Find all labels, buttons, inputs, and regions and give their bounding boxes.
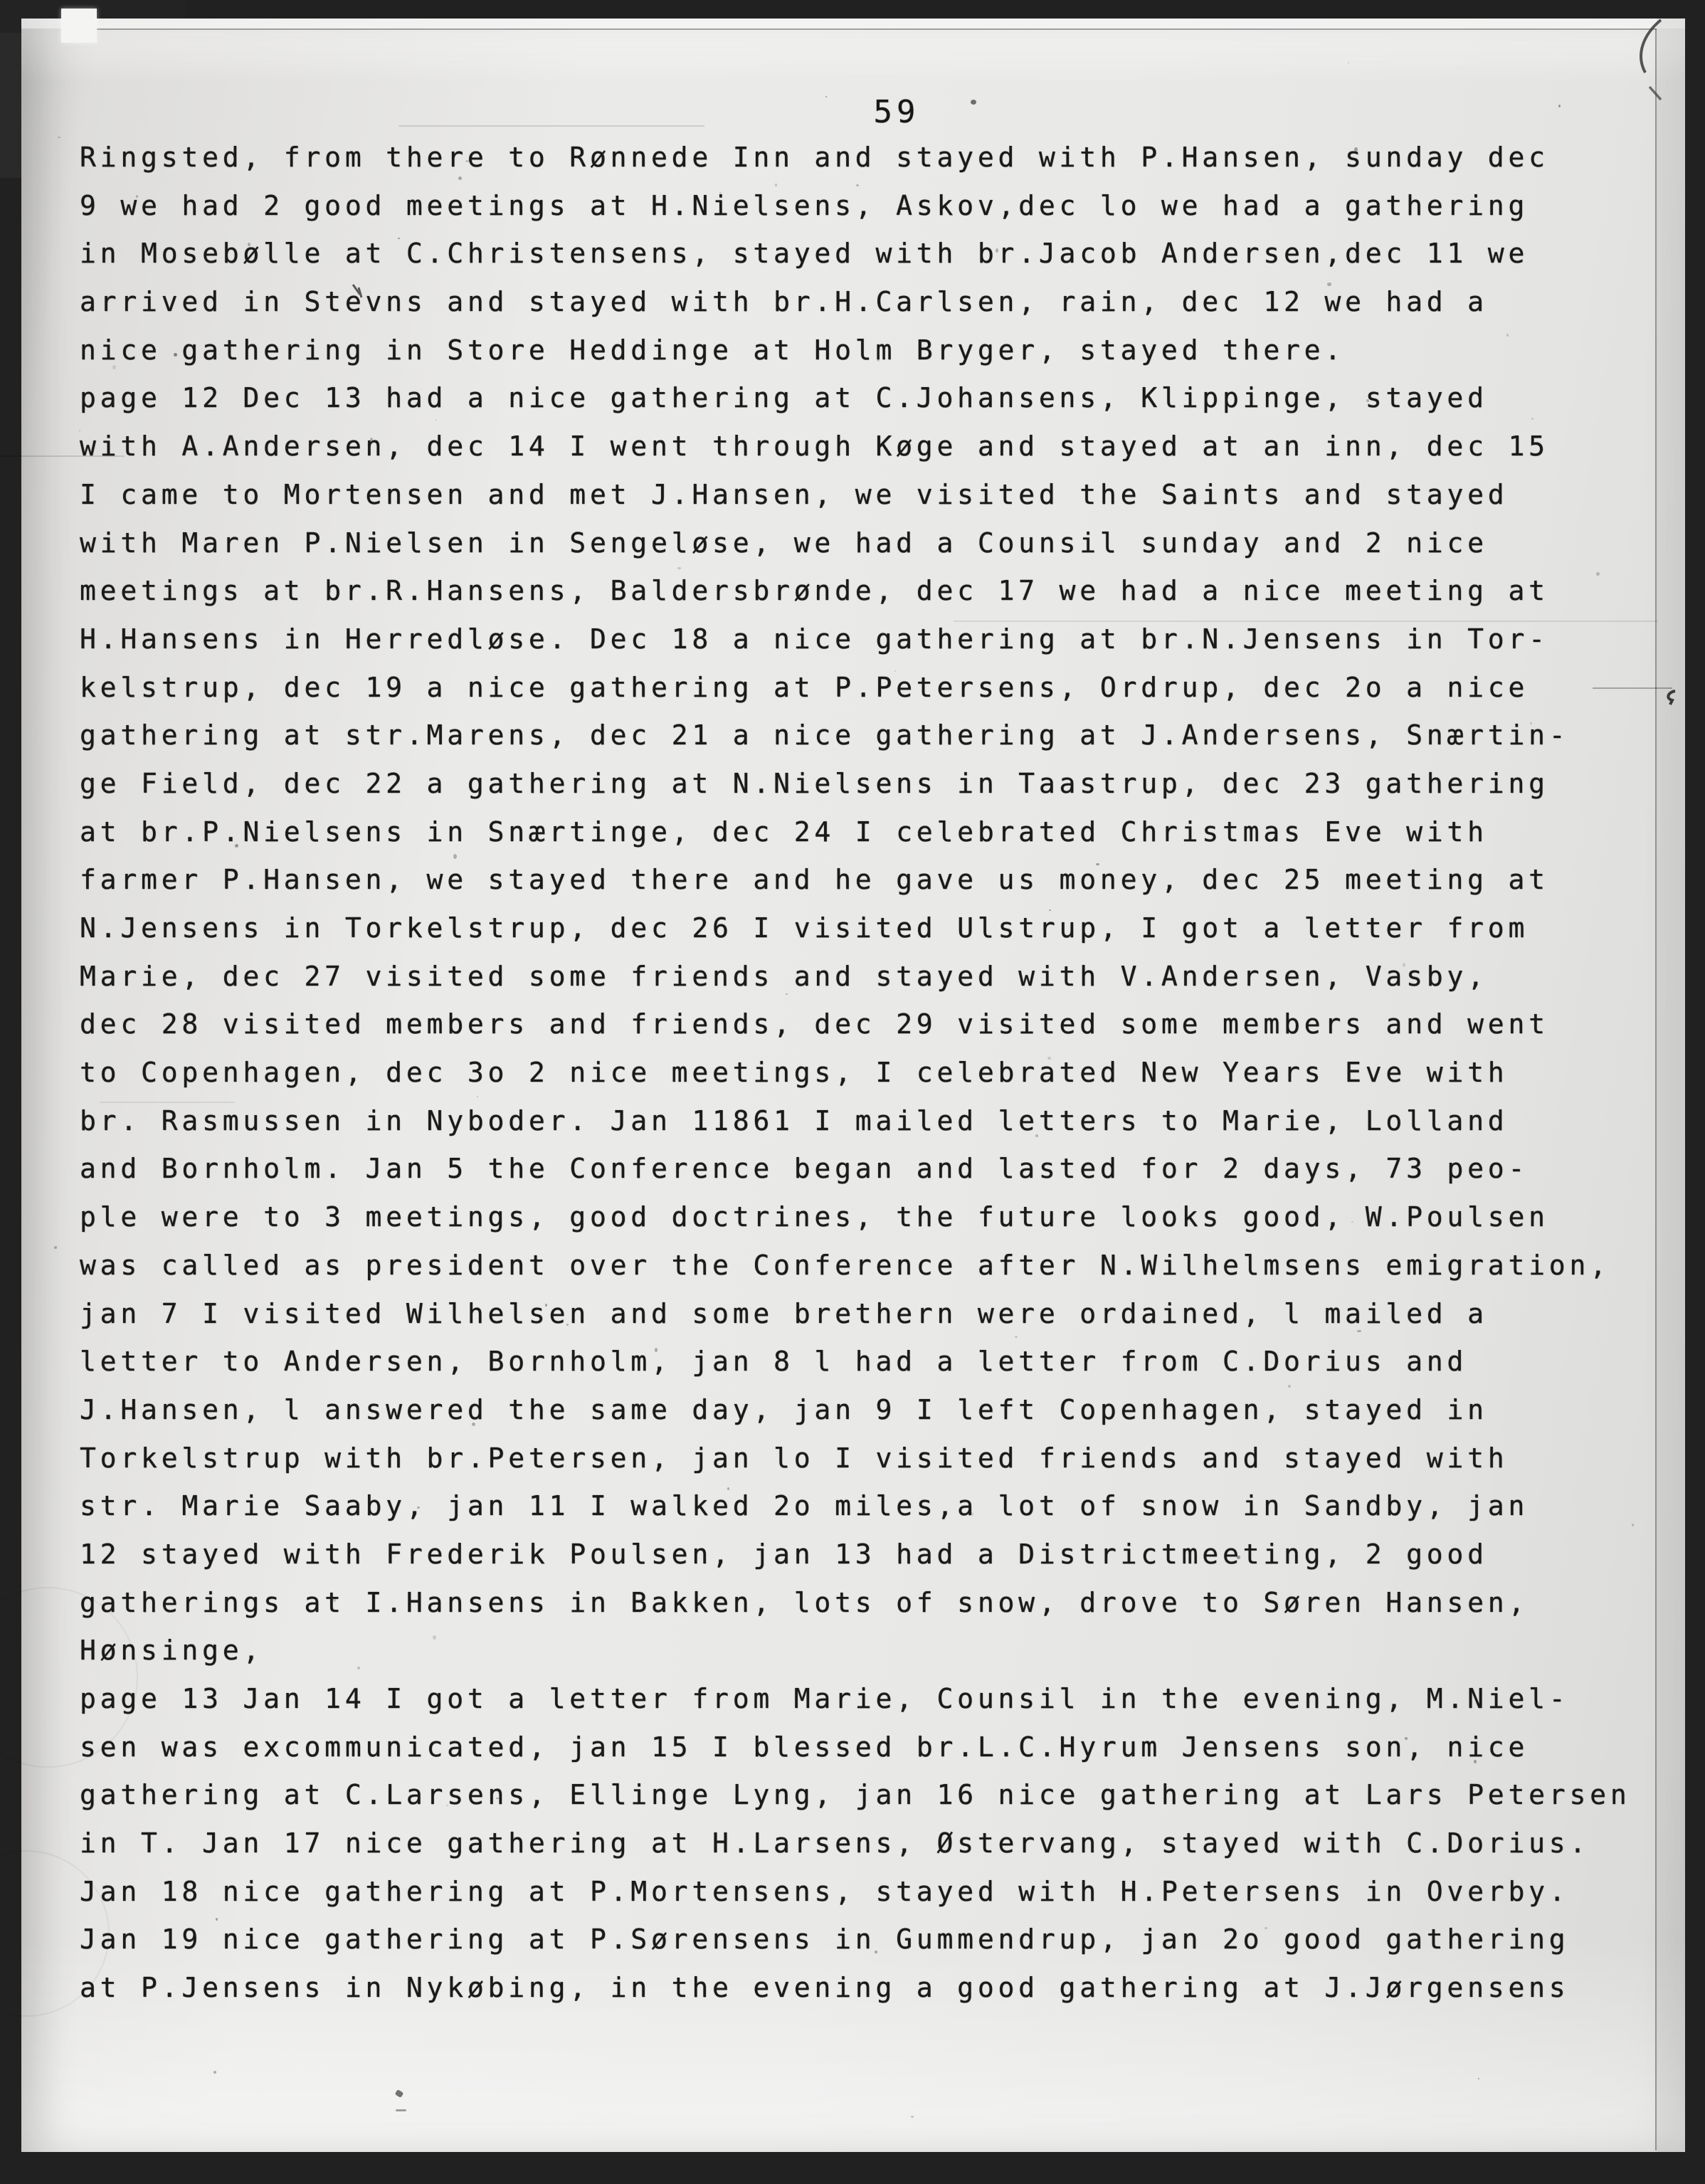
scan-photo: 59 Ringsted, from there to Rønnede Inn a…	[0, 0, 1705, 2184]
ink-speck	[877, 359, 880, 362]
text-line: ge Field, dec 22 a gathering at N.Nielse…	[80, 760, 1674, 808]
ink-speck	[446, 1805, 448, 1806]
film-notch	[61, 9, 97, 43]
ink-speck	[1354, 147, 1358, 152]
ink-speck	[1405, 1737, 1408, 1739]
text-line: Jan 19 nice gathering at P.Sørensens in …	[80, 1916, 1674, 1964]
ink-speck	[1288, 1385, 1291, 1388]
scratch-hook-mark	[1630, 19, 1674, 125]
ink-blot-mark	[1664, 689, 1679, 707]
ink-speck	[1265, 1927, 1268, 1929]
text-line: str. Marie Saaby, jan 11 I walked 2o mil…	[80, 1482, 1674, 1531]
text-line: Jan 18 nice gathering at P.Mortensens, s…	[80, 1868, 1674, 1916]
ink-speck	[370, 438, 373, 441]
ink-speck	[492, 918, 493, 920]
ink-speck	[58, 137, 60, 138]
typed-correction-mark	[350, 282, 367, 302]
ink-speck	[856, 184, 859, 186]
text-line: I came to Mortensen and met J.Hansen, we…	[80, 471, 1674, 519]
ink-speck	[1474, 1760, 1477, 1763]
crease-line	[100, 1102, 235, 1103]
text-line: sen was excommunicated, jan 15 I blessed…	[80, 1724, 1674, 1772]
ink-speck	[1327, 283, 1331, 286]
text-line: and Bornholm. Jan 5 the Conference began…	[80, 1145, 1674, 1193]
ink-speck	[465, 160, 469, 163]
text-line: kelstrup, dec 19 a nice gathering at P.P…	[80, 664, 1674, 712]
crease-line	[0, 455, 125, 457]
ink-speck	[1237, 1556, 1240, 1560]
ink-speck	[357, 1667, 360, 1669]
body-text: Ringsted, from there to Rønnede Inn and …	[80, 134, 1674, 2012]
text-line: Marie, dec 27 visited some friends and s…	[80, 953, 1674, 1001]
text-line: page 13 Jan 14 I got a letter from Marie…	[80, 1675, 1674, 1724]
text-line: br. Rasmussen in Nyboder. Jan 11861 I ma…	[80, 1097, 1674, 1146]
text-line: 12 stayed with Frederik Poulsen, jan 13 …	[80, 1531, 1674, 1579]
ink-speck	[1403, 963, 1405, 967]
ink-speck	[971, 100, 976, 105]
text-line: dec 28 visited members and friends, dec …	[80, 1001, 1674, 1049]
text-line: farmer P.Hansen, we stayed there and he …	[80, 856, 1674, 904]
ink-speck	[1596, 572, 1599, 576]
text-line: Torkelstrup with br.Petersen, jan lo I v…	[80, 1435, 1674, 1483]
text-line: H.Hansens in Herredløse. Dec 18 a nice g…	[80, 616, 1674, 664]
ink-speck	[1047, 1057, 1051, 1060]
text-line: at P.Jensens in Nykøbing, in the evening…	[80, 1964, 1674, 2012]
text-line: in T. Jan 17 nice gathering at H.Larsens…	[80, 1820, 1674, 1868]
text-line: gathering at str.Marens, dec 21 a nice g…	[80, 712, 1674, 760]
text-line: arrived in Stevns and stayed with br.H.C…	[80, 278, 1674, 327]
text-line: Ringsted, from there to Rønnede Inn and …	[80, 134, 1674, 182]
ink-speck	[235, 844, 238, 848]
text-line: nice gathering in Store Heddinge at Holm…	[80, 327, 1674, 375]
ink-speck	[971, 1512, 973, 1515]
ink-speck	[174, 353, 177, 357]
text-line: page 12 Dec 13 had a nice gathering at C…	[80, 374, 1674, 423]
ink-speck	[1351, 1221, 1353, 1223]
ink-speck	[458, 176, 462, 180]
text-line: in Mosebølle at C.Christensens, stayed w…	[80, 230, 1674, 278]
ink-speck	[825, 96, 827, 97]
text-line: was called as president over the Confere…	[80, 1242, 1674, 1290]
text-line: ple were to 3 meetings, good doctrines, …	[80, 1193, 1674, 1242]
crease-line	[1593, 687, 1672, 689]
text-line: jan 7 I visited Wilhelsen and some breth…	[80, 1290, 1674, 1339]
ink-speck	[1015, 1336, 1018, 1338]
ink-speck	[566, 1324, 569, 1326]
text-line: with Maren P.Nielsen in Sengeløse, we ha…	[80, 519, 1674, 568]
text-line: gatherings at I.Hansens in Bakken, lots …	[80, 1579, 1674, 1628]
crease-line	[398, 125, 704, 127]
text-line: letter to Andersen, Bornholm, jan 8 l ha…	[80, 1338, 1674, 1386]
ink-speck	[1366, 399, 1369, 402]
text-line: J.Hansen, l answered the same day, jan 9…	[80, 1386, 1674, 1435]
ink-speck	[911, 2116, 913, 2118]
text-line: at br.P.Nielsens in Snærtinge, dec 24 I …	[80, 808, 1674, 857]
paper-edge-line-top	[94, 28, 1657, 30]
ink-speck	[775, 184, 776, 186]
text-line: to Copenhagen, dec 3o 2 nice meetings, I…	[80, 1049, 1674, 1097]
ink-speck	[786, 993, 788, 995]
text-line: Hønsinge,	[80, 1627, 1674, 1675]
text-line: 9 we had 2 good meetings at H.Nielsens, …	[80, 182, 1674, 231]
ink-speck	[433, 1635, 436, 1640]
page-number: 59	[818, 94, 975, 130]
text-line: with A.Andersen, dec 14 I went through K…	[80, 423, 1674, 471]
ink-speck	[333, 1598, 336, 1601]
text-line: meetings at br.R.Hansens, Baldersbrønde,…	[80, 567, 1674, 616]
crease-line	[954, 621, 1658, 622]
paper-top-strip	[21, 19, 1685, 28]
text-line: N.Jensens in Torkelstrup, dec 26 I visit…	[80, 904, 1674, 953]
ink-speck	[396, 2109, 406, 2111]
ink-speck	[496, 1798, 499, 1799]
ink-speck	[1357, 1330, 1361, 1332]
text-line: gathering at C.Larsens, Ellinge Lyng, ja…	[80, 1771, 1674, 1820]
